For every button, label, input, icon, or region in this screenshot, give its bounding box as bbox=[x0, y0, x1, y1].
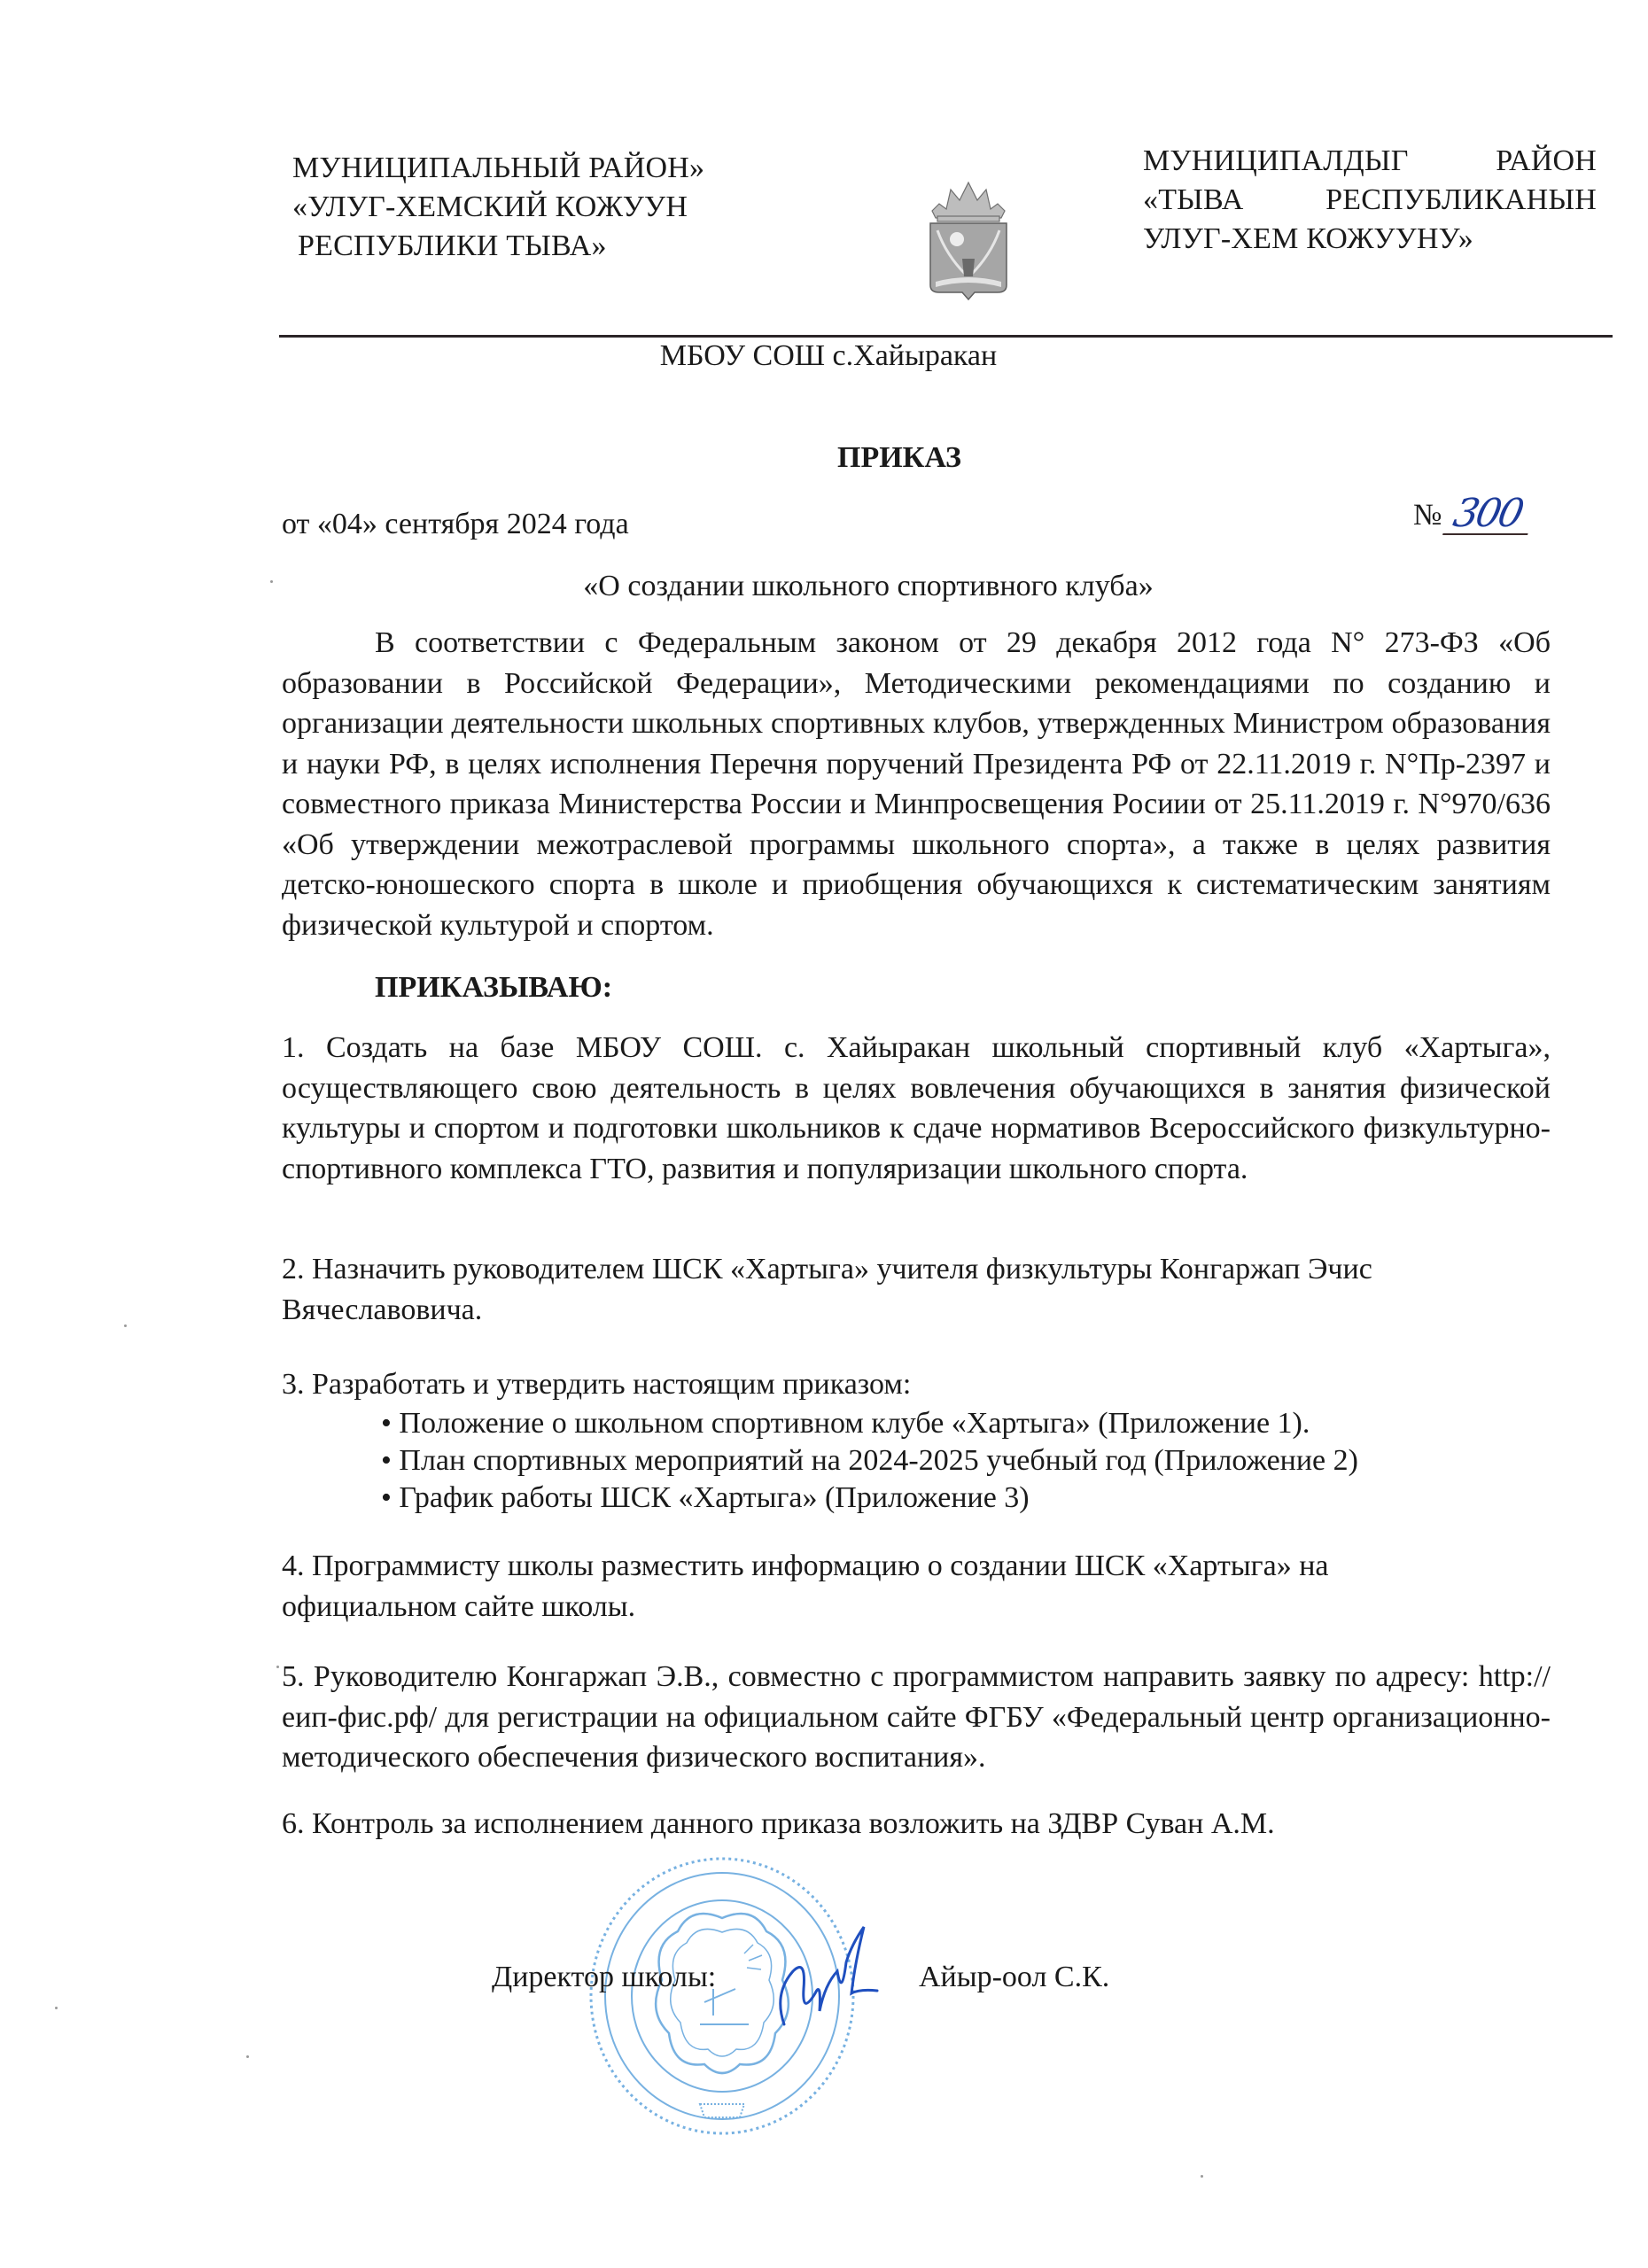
school-name: МБОУ СОШ с.Хайыракан bbox=[0, 337, 1648, 376]
coat-of-arms-icon bbox=[920, 177, 1017, 301]
scan-speck bbox=[55, 2007, 58, 2009]
appendix-list-item: График работы ШСК «Хартыга» (Приложение … bbox=[381, 1480, 1551, 1517]
order-item-1: 1. Создать на базе МБОУ СОШ. с. Хайырака… bbox=[282, 1028, 1551, 1189]
scan-speck bbox=[276, 1666, 279, 1668]
header-right-line: «ТЫВА РЕСПУБЛИКАНЫН bbox=[1143, 181, 1597, 220]
header-right-line: МУНИЦИПАЛДЫГ РАЙОН bbox=[1143, 142, 1597, 181]
order-item-4-line: официальном сайте школы. bbox=[282, 1587, 1551, 1627]
header-left-line: «УЛУГ-ХЕМСКИЙ КОЖУУН bbox=[292, 188, 789, 227]
header-right-block: МУНИЦИПАЛДЫГ РАЙОН «ТЫВА РЕСПУБЛИКАНЫН У… bbox=[1143, 142, 1597, 259]
order-subject: «О создании школьного спортивного клуба» bbox=[0, 567, 1648, 606]
header-left-line: РЕСПУБЛИКИ ТЫВА» bbox=[292, 227, 789, 266]
order-item-4-line: 4. Программисту школы разместить информа… bbox=[282, 1546, 1551, 1587]
header-left-block: МУНИЦИПАЛЬНЫЙ РАЙОН» «УЛУГ-ХЕМСКИЙ КОЖУУ… bbox=[292, 149, 789, 266]
scan-speck bbox=[1201, 2175, 1203, 2178]
scan-speck bbox=[124, 1324, 127, 1327]
header-left-line: МУНИЦИПАЛЬНЫЙ РАЙОН» bbox=[292, 149, 789, 188]
signer-name: Айыр-оол С.К. bbox=[919, 1958, 1109, 1997]
document-title: ПРИКАЗ bbox=[0, 439, 1648, 478]
order-item-3: 3. Разработать и утвердить настоящим при… bbox=[282, 1364, 1551, 1517]
order-number: № 300 bbox=[1413, 494, 1532, 535]
handwritten-signature-icon bbox=[766, 1909, 899, 2042]
order-item-4: 4. Программисту школы разместить информа… bbox=[282, 1546, 1551, 1627]
preamble-paragraph: В соответствии с Федеральным законом от … bbox=[282, 623, 1551, 945]
scan-speck bbox=[246, 2055, 249, 2058]
order-item-6: 6. Контроль за исполнением данного прика… bbox=[282, 1804, 1551, 1845]
order-item-5: 5. Руководителю Конгаржап Э.В., совместн… bbox=[282, 1657, 1551, 1778]
order-item-2: 2. Назначить руководителем ШСК «Хартыга»… bbox=[282, 1249, 1551, 1330]
order-number-label: № bbox=[1413, 496, 1442, 535]
order-item-2-line: Вячеславовича. bbox=[282, 1290, 1551, 1331]
signature-role: Директор школы: bbox=[492, 1958, 716, 1997]
order-directive-heading: ПРИКАЗЫВАЮ: bbox=[375, 968, 612, 1007]
appendix-list-item: План спортивных мероприятий на 2024-2025… bbox=[381, 1442, 1551, 1480]
order-item-2-line: 2. Назначить руководителем ШСК «Хартыга»… bbox=[282, 1249, 1551, 1290]
scan-speck bbox=[270, 580, 273, 583]
order-date: от «04» сентября 2024 года bbox=[282, 505, 629, 544]
order-item-3-intro: 3. Разработать и утвердить настоящим при… bbox=[282, 1364, 1551, 1405]
header-right-line: УЛУГ-ХЕМ КОЖУУНУ» bbox=[1143, 220, 1597, 259]
appendix-list: Положение о школьном спортивном клубе «Х… bbox=[282, 1405, 1551, 1517]
order-number-value: 300 bbox=[1443, 494, 1537, 535]
appendix-list-item: Положение о школьном спортивном клубе «Х… bbox=[381, 1405, 1551, 1442]
